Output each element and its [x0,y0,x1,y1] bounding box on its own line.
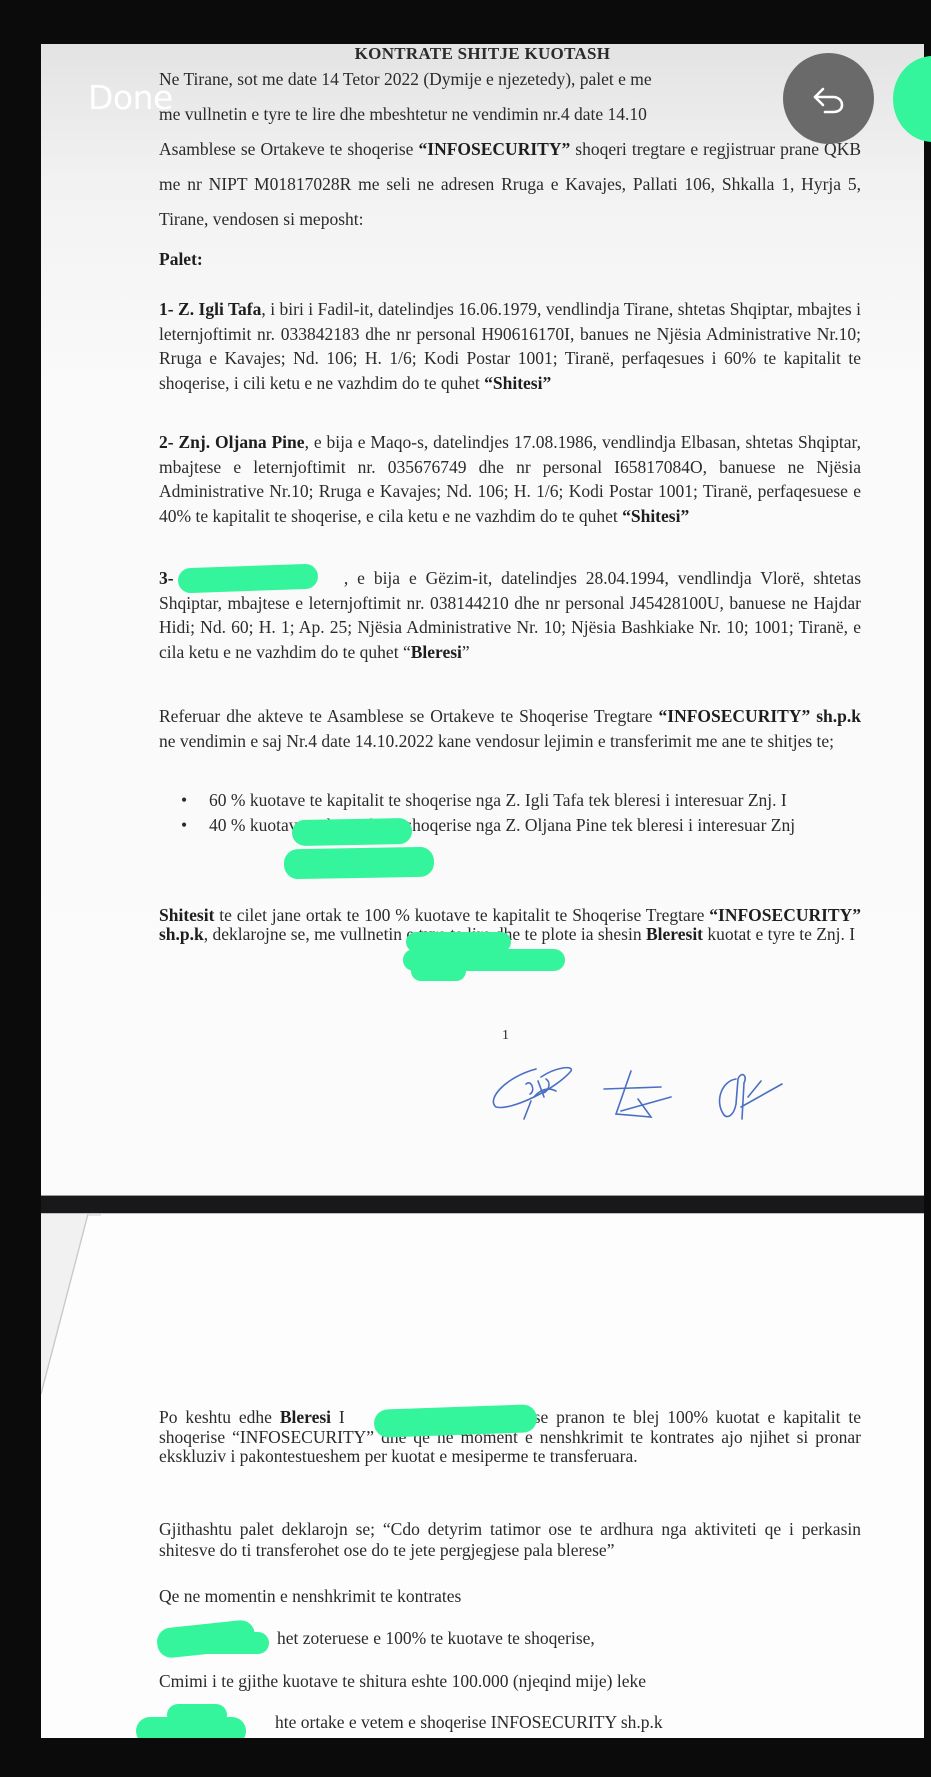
tax-declaration-text: Gjithashtu palet deklarojn se; “Cdo dety… [159,1519,861,1561]
price-line: Cmimi i te gjithe kuotave te shitura esh… [159,1669,861,1694]
referral-text-rest: ne vendimin e saj Nr.4 date 14.10.2022 k… [159,731,834,751]
transfer-item: 60 % kuotave te kapitalit te shoqerise n… [209,788,861,813]
signing-moment-line: Qe ne momentin e nenshkrimit te kontrate… [159,1584,861,1609]
redaction-mark [292,818,412,846]
intro-line-1: Ne Tirane, sot me date 14 Tetor 2022 (Dy… [159,69,652,89]
redaction-mark [178,564,319,594]
contract-title: KONTRATE SHITJE KUOTASH [41,44,924,64]
referral-company: “INFOSECURITY” sh.p.k [659,706,861,726]
document-page-1: KONTRATE SHITJE KUOTASH Ne Tirane, sot m… [41,44,924,1195]
signatures-icon [486,1049,786,1129]
intro-paragraph: Ne Tirane, sot me date 14 Tetor 2022 (Dy… [159,62,861,237]
intro-text: Asamblese se Ortakeve te shoqerise [159,139,419,159]
redaction-mark [284,847,435,880]
party-2-name: 2- Znj. Oljana Pine [159,432,305,452]
party-1-paragraph: 1- Z. Igli Tafa, i biri i Fadil-it, date… [159,297,861,395]
undo-arrow-icon [809,79,849,119]
page-separator [41,1195,924,1214]
parties-heading: Palet: [159,247,861,272]
declaration-text-3: kuotat e tyre te Znj. I [703,924,855,944]
sellers-label: Shitesit [159,905,214,925]
party-2-role: “Shitesi” [622,506,689,526]
transfers-list: 60 % kuotave te kapitalit te shoqerise n… [159,788,861,837]
declaration-text: te cilet jane ortak te 100 % kuotave te … [214,905,709,925]
document-page-2: Po keshtu edhe Bleresi Iaron se pranon t… [41,1214,924,1738]
referral-text: Referuar dhe akteve te Asamblese se Orta… [159,706,659,726]
buyer-label: Bleresit [646,924,703,944]
party-1-role: “Shitesi” [484,373,551,393]
redaction-mark [159,1632,269,1654]
parties-heading-text: Palet: [159,249,203,269]
party-1-name: 1- Z. Igli Tafa [159,299,261,319]
party-3-quote-end: ” [462,642,470,662]
acceptance-text-2: I [331,1407,345,1427]
done-button[interactable]: Done [88,78,173,117]
buyer-label: Bleresi [280,1407,331,1427]
company-name: “INFOSECURITY” [419,139,571,159]
tax-declaration-paragraph: Gjithashtu palet deklarojn se; “Cdo dety… [159,1519,861,1561]
party-2-paragraph: 2- Znj. Oljana Pine, e bija e Maqo-s, da… [159,430,861,528]
page-number: 1 [502,1028,509,1044]
redaction-mark [374,1404,538,1438]
redaction-mark [136,1717,246,1738]
acceptance-text: Po keshtu edhe [159,1407,280,1427]
party-3-role: Bleresi [411,642,462,662]
redaction-mark [411,961,466,981]
page-fold-shadow [41,1214,101,1434]
sole-owner-line: hte ortake e vetem e shoqerise INFOSECUR… [159,1710,861,1735]
undo-button[interactable] [783,53,874,144]
referral-paragraph: Referuar dhe akteve te Asamblese se Orta… [159,704,861,753]
intro-line-2: me vullnetin e tyre te lire dhe mbeshtet… [159,104,647,124]
